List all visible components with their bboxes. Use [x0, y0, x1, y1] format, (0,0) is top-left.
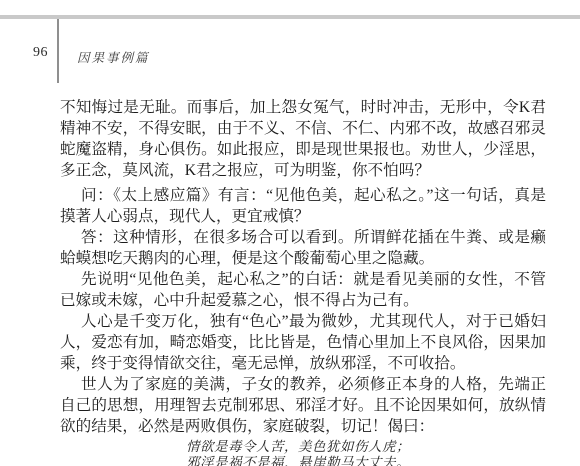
paragraph-3-answer: 答：这种情形，在很多场合可以看到。所谓鲜花插在牛粪、或是癞蛤蟆想吃天鹅肉的心理，…: [60, 227, 546, 269]
verse-line-2: 邪淫是祸不是福，悬崖勒马大丈夫。: [186, 455, 546, 466]
header-divider: [57, 19, 59, 83]
page-number: 96: [18, 45, 48, 61]
verse-block: 情欲是毒令人苦，美色犹如伤人虎； 邪淫是祸不是福，悬崖勒马大丈夫。: [186, 439, 546, 466]
paragraph-5: 人心是千变万化，独有“色心”最为微妙，尤其现代人，对于已婚妇人，爱恋有加，畸恋婚…: [60, 311, 546, 374]
paragraph-4: 先说明“见他色美，起心私之”的白话：就是看见美丽的女性，不管已嫁或未嫁，心中升起…: [60, 269, 546, 311]
paragraph-2-question: 问：《太上感应篇》有言：“见他色美，起心私之。”这一句话，真是摸著人心弱点，现代…: [60, 185, 546, 227]
verse-line-1: 情欲是毒令人苦，美色犹如伤人虎；: [186, 439, 546, 455]
paragraph-1: 不知悔过是无耻。而事后，加上怨女冤气，时时冲击，无形中，令K君精神不安，不得安眠…: [60, 97, 546, 181]
page-header: 96 因果事例篇: [0, 19, 580, 89]
book-page: { "header": { "page_number": "96", "chap…: [0, 0, 580, 466]
text-body: 不知悔过是无耻。而事后，加上怨女冤气，时时冲击，无形中，令K君精神不安，不得安眠…: [60, 97, 546, 466]
paragraph-6: 世人为了家庭的美满，子女的教养，必须修正本身的人格，先端正自己的思想，用理智去克…: [60, 374, 546, 437]
chapter-title: 因果事例篇: [77, 48, 150, 66]
